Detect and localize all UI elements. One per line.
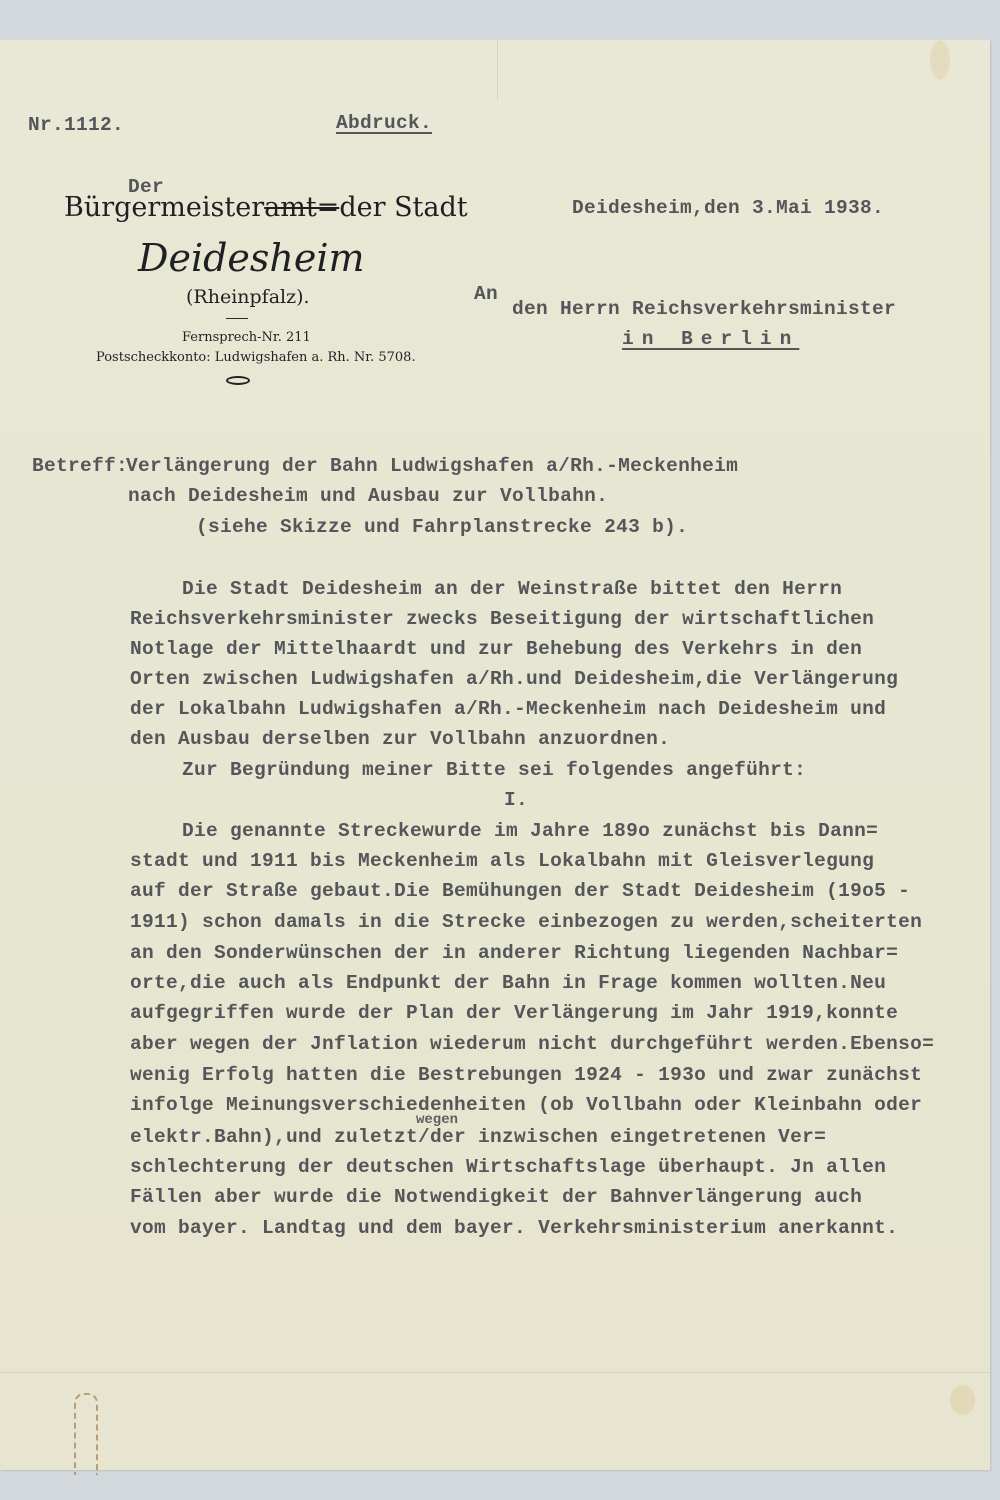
- body-line: wenig Erfolg hatten die Bestrebungen 192…: [130, 1064, 922, 1086]
- body-line: vom bayer. Landtag und dem bayer. Verkeh…: [130, 1217, 898, 1239]
- letterhead-postal-account: Postscheckkonto: Ludwigshafen a. Rh. Nr.…: [96, 350, 416, 365]
- body-line: aber wegen der Jnflation wiederum nicht …: [130, 1033, 934, 1055]
- body-line: infolge Meinungsverschiedenheiten (ob Vo…: [130, 1094, 922, 1116]
- body-line: Zur Begründung meiner Bitte sei folgende…: [182, 759, 806, 781]
- body-line: Die Stadt Deidesheim an der Weinstraße b…: [182, 578, 842, 600]
- subject-line-3: (siehe Skizze und Fahrplanstrecke 243 b)…: [196, 516, 688, 538]
- staple-mark: [74, 1393, 98, 1475]
- recipient-location: in Berlin: [622, 328, 799, 350]
- letterhead-ornament-icon: [226, 376, 250, 385]
- body-line: an den Sonderwünschen der in anderer Ric…: [130, 942, 898, 964]
- body-line: Orten zwischen Ludwigshafen a/Rh.und Dei…: [130, 668, 898, 690]
- body-line: auf der Straße gebaut.Die Bemühungen der…: [130, 880, 910, 902]
- body-line: den Ausbau derselben zur Vollbahn anzuor…: [130, 728, 670, 750]
- body-line: schlechterung der deutschen Wirtschaftsl…: [130, 1156, 886, 1178]
- letterhead-region: (Rheinpfalz).: [186, 286, 310, 308]
- body-line: elektr.Bahn),und zuletzt/der inzwischen …: [130, 1126, 826, 1148]
- letterhead-authority: Bürgermeisteramt=der Stadt: [64, 192, 468, 223]
- body-line: der Lokalbahn Ludwigshafen a/Rh.-Meckenh…: [130, 698, 886, 720]
- date-line: Deidesheim,den 3.Mai 1938.: [572, 197, 884, 219]
- body-line: Die genannte Streckewurde im Jahre 189o …: [182, 820, 878, 842]
- subject-line-1: Verlängerung der Bahn Ludwigshafen a/Rh.…: [126, 455, 738, 477]
- letterhead-struck-text: amt=: [264, 192, 339, 223]
- section-numeral: I.: [504, 789, 528, 811]
- body-line: orte,die auch als Endpunkt der Bahn in F…: [130, 972, 886, 994]
- body-line: 1911) schon damals in die Strecke einbez…: [130, 911, 922, 933]
- copy-label: Abdruck.: [336, 112, 432, 134]
- paper-stain: [930, 40, 950, 80]
- subject-label: Betreff:: [32, 455, 128, 477]
- letterhead-city: Deidesheim: [138, 236, 365, 280]
- letterhead-authority-part2: der Stadt: [339, 192, 467, 223]
- letterhead-authority-part1: Bürgermeister: [64, 192, 264, 223]
- paper-fold-vertical: [497, 40, 498, 100]
- body-line: Fällen aber wurde die Notwendigkeit der …: [130, 1186, 862, 1208]
- body-line: aufgegriffen wurde der Plan der Verlänge…: [130, 1002, 898, 1024]
- body-line: stadt und 1911 bis Meckenheim als Lokalb…: [130, 850, 874, 872]
- recipient-name: den Herrn Reichsverkehrsminister: [512, 298, 896, 320]
- reference-number: Nr.1112.: [28, 114, 124, 136]
- recipient-prefix: An: [474, 283, 498, 305]
- paper-stain: [950, 1385, 975, 1415]
- letterhead-phone: Fernsprech-Nr. 211: [182, 330, 311, 345]
- body-line: Reichsverkehrsminister zwecks Beseitigun…: [130, 608, 874, 630]
- letterhead-divider: [226, 318, 248, 319]
- subject-line-2: nach Deidesheim und Ausbau zur Vollbahn.: [128, 485, 608, 507]
- body-line: Notlage der Mittelhaardt und zur Behebun…: [130, 638, 862, 660]
- paper-fold-horizontal: [0, 1372, 990, 1373]
